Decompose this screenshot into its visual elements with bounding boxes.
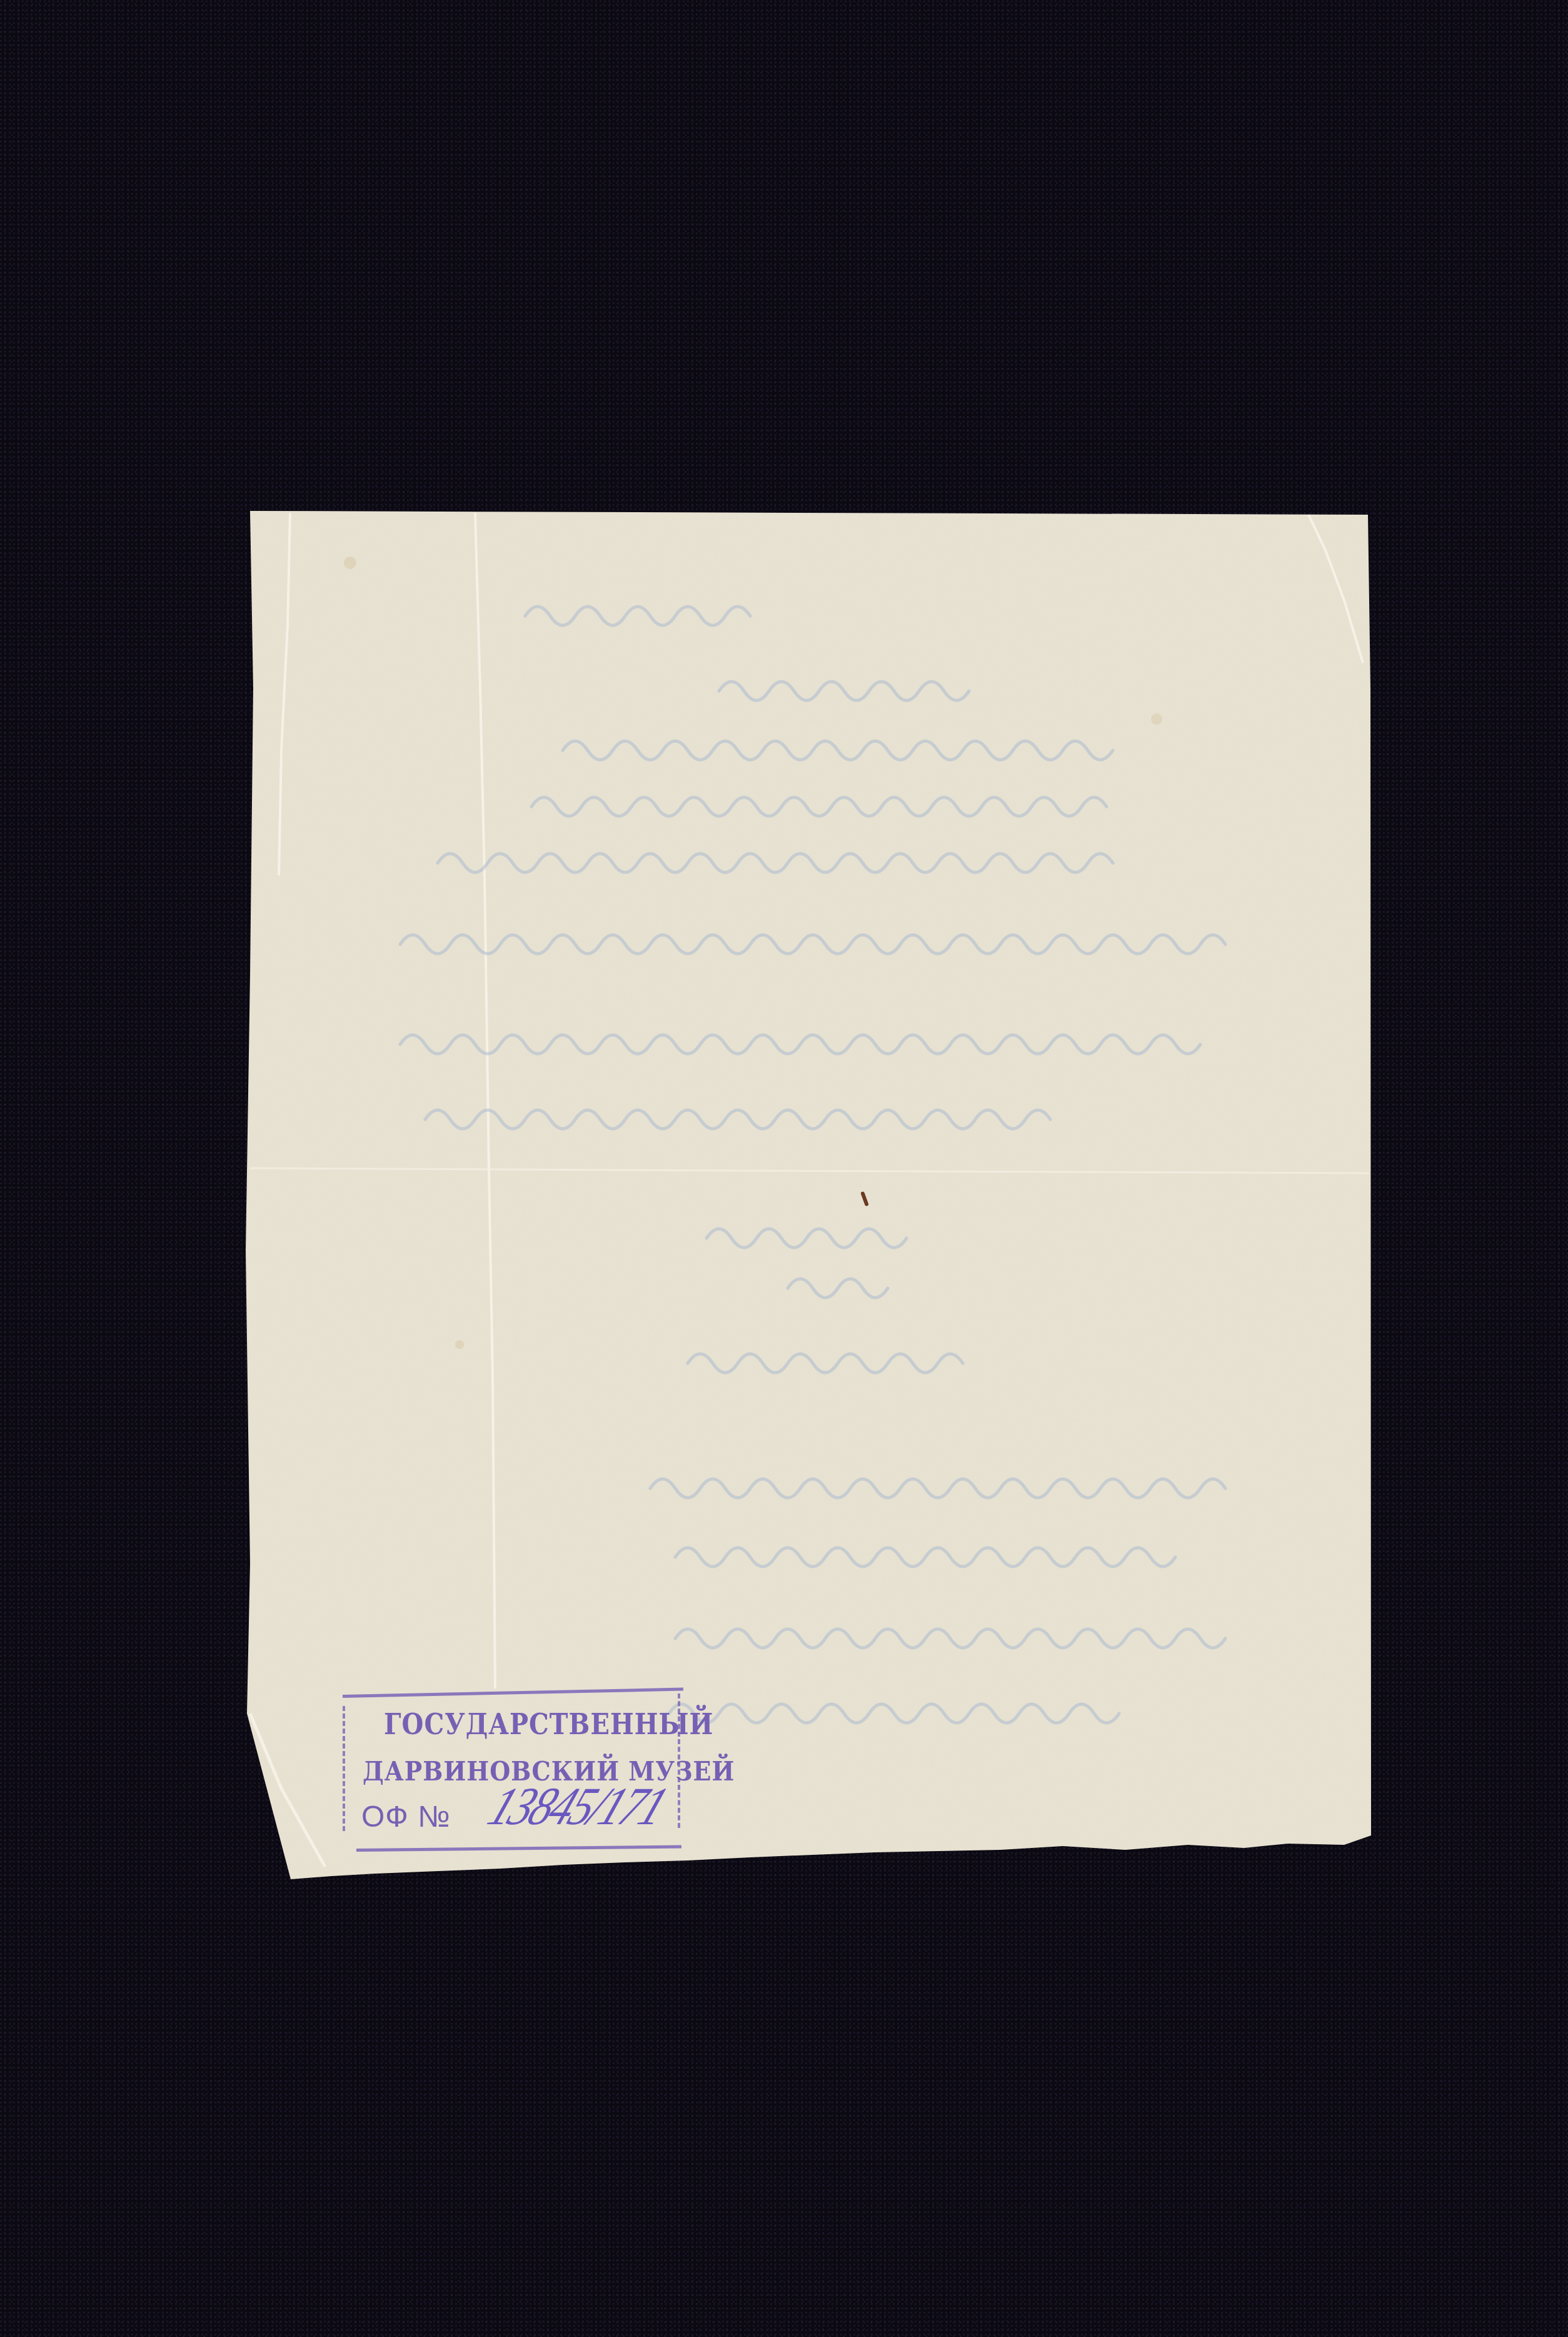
inventory-number-handwritten: 13845/171 bbox=[480, 1775, 676, 1837]
stamp-frame-top bbox=[343, 1688, 683, 1698]
stamp-frame-bottom bbox=[356, 1845, 681, 1852]
stamp-label-of-no: ОФ № bbox=[361, 1800, 451, 1834]
stamp-line-state: ГОСУДАРСТВЕННЫЙ bbox=[384, 1707, 713, 1741]
paper-sheet bbox=[0, 0, 1568, 2337]
paper-shape bbox=[0, 0, 1568, 2337]
museum-stamp: ГОСУДАРСТВЕННЫЙ ДАРВИНОВСКИЙ МУЗЕЙ ОФ № … bbox=[343, 1681, 680, 1869]
stamp-frame-left bbox=[343, 1706, 345, 1831]
